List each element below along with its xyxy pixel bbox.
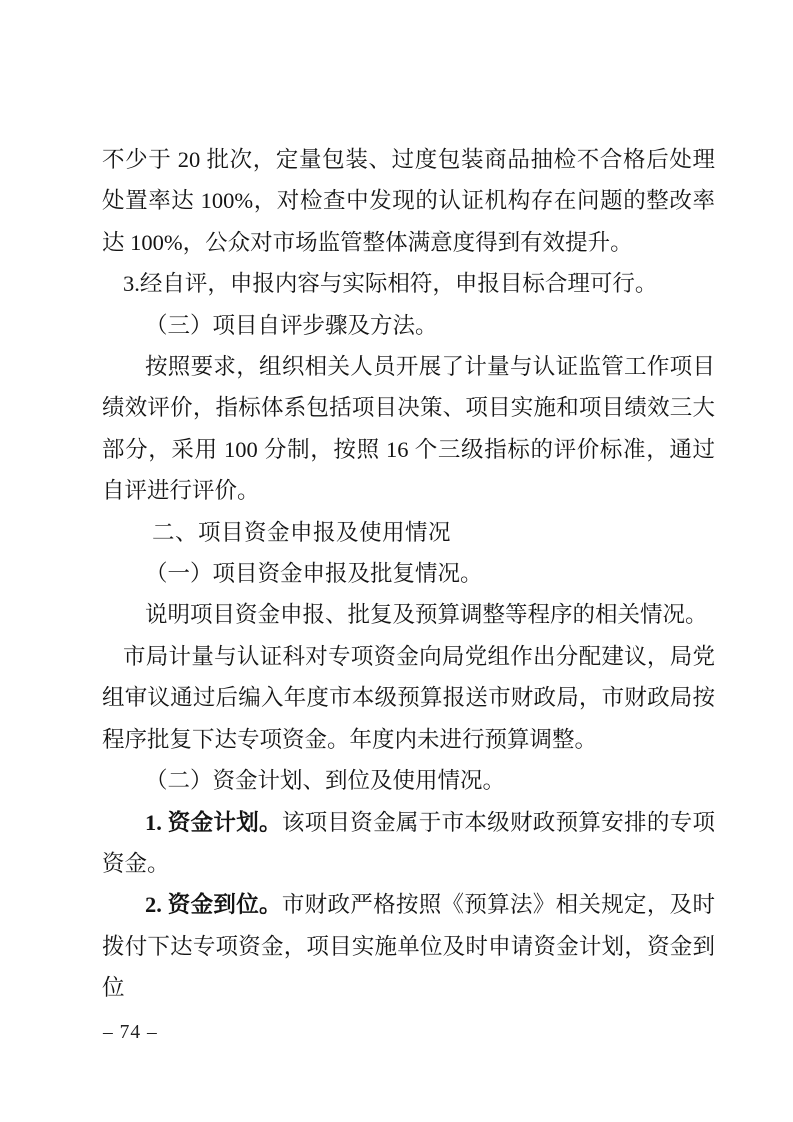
paragraph-self-evaluation: 3.经自评，申报内容与实际相符，申报目标合理可行。 (102, 263, 715, 304)
paragraph-continuation: 不少于 20 批次，定量包装、过度包装商品抽检不合格后处理处置率达 100%，对… (102, 139, 715, 263)
paragraph-eval-process: 按照要求，组织相关人员开展了计量与认证监管工作项目绩效评价，指标体系包括项目决策… (102, 346, 715, 512)
paragraph-funds-approval-intro: 说明项目资金申报、批复及预算调整等程序的相关情况。 (102, 594, 715, 635)
paragraph-funds-plan: 1. 资金计划。该项目资金属于市本级财政预算安排的专项资金。 (102, 802, 715, 885)
paragraph-lead-funds-plan: 1. 资金计划。 (145, 810, 282, 835)
section-heading-funds-approval: （一）项目资金申报及批复情况。 (102, 553, 715, 594)
section-heading-funds-plan-usage: （二）资金计划、到位及使用情况。 (102, 760, 715, 801)
document-page: 不少于 20 批次，定量包装、过度包装商品抽检不合格后处理处置率达 100%，对… (0, 0, 793, 1122)
section-heading-self-eval-method: （三）项目自评步骤及方法。 (102, 305, 715, 346)
document-body: 不少于 20 批次，定量包装、过度包装商品抽检不合格后处理处置率达 100%，对… (102, 139, 715, 1009)
paragraph-funds-allocation: 市局计量与认证科对专项资金向局党组作出分配建议，局党组审议通过后编入年度市本级预… (102, 636, 715, 760)
chapter-heading-funds-declaration: 二、项目资金申报及使用情况 (102, 512, 715, 553)
page-number: – 74 – (103, 1022, 158, 1044)
paragraph-lead-funds-arrival: 2. 资金到位。 (145, 892, 282, 917)
paragraph-funds-arrival: 2. 资金到位。市财政严格按照《预算法》相关规定，及时拨付下达专项资金，项目实施… (102, 884, 715, 1008)
